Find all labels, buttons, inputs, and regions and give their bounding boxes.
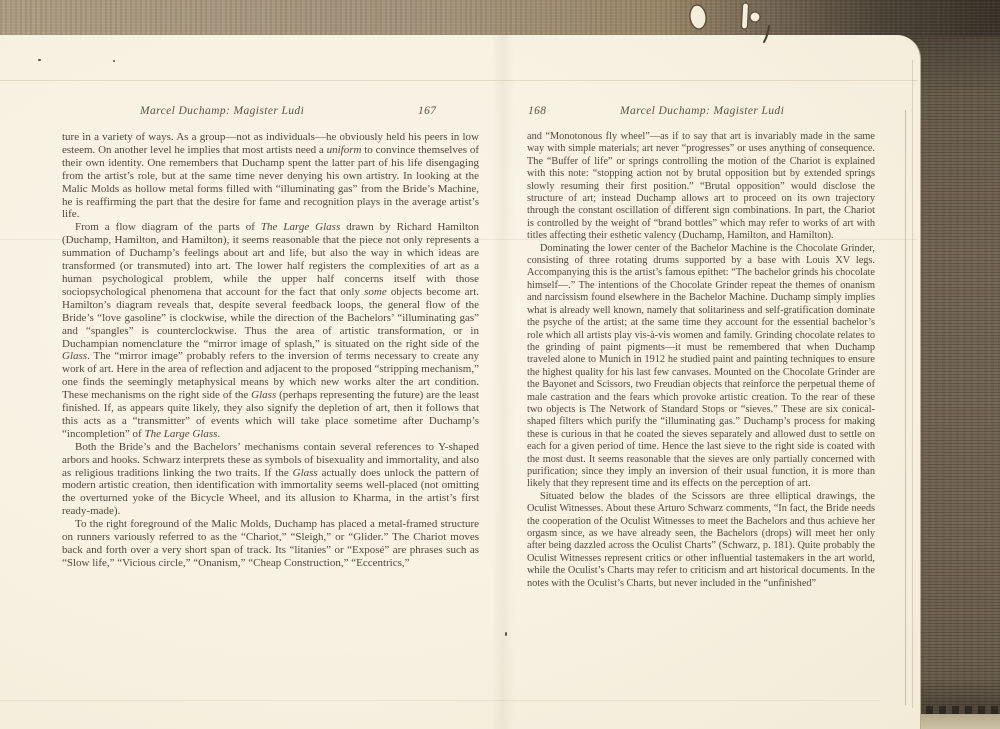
- ink-speck: [38, 59, 41, 61]
- handwriting-marks: [676, 0, 806, 46]
- scan-streak: [0, 80, 918, 81]
- italic-text: Glass: [251, 389, 276, 401]
- paragraph: To the right foreground of the Malic Mol…: [62, 518, 479, 570]
- ink-speck: [505, 632, 507, 636]
- italic-text: The Large Glass: [261, 221, 340, 233]
- paragraph: Dominating the lower center of the Bache…: [527, 243, 875, 491]
- page-edge-line: [905, 110, 906, 705]
- right-page-body: and “Monotonous fly wheel”—as if to say …: [527, 131, 875, 590]
- scan-streak: [0, 700, 880, 701]
- scan-top-band: [0, 0, 1000, 37]
- right-page-number: 168: [528, 105, 546, 117]
- text-run: and “Monotonous fly wheel”—as if to say …: [527, 131, 875, 241]
- italic-text: Glass: [293, 467, 318, 479]
- paragraph: Situated below the blades of the Scissor…: [527, 491, 875, 590]
- text-run: Dominating the lower center of the Bache…: [527, 243, 875, 490]
- left-page-number: 167: [418, 105, 436, 117]
- paragraph: ture in a variety of ways. As a group—no…: [62, 131, 479, 221]
- text-run: Situated below the blades of the Scissor…: [527, 491, 875, 589]
- left-page-running-title: Marcel Duchamp: Magister Ludi: [140, 105, 304, 117]
- page-edge-line-outer: [912, 60, 913, 708]
- paragraph: Both the Bride’s and the Bachelors’ mech…: [62, 441, 479, 518]
- paragraph: From a flow diagram of the parts of The …: [62, 221, 479, 440]
- italic-text: The Large Glass: [144, 428, 217, 440]
- text-run: To the right foreground of the Malic Mol…: [62, 518, 479, 569]
- italic-text: Glass: [62, 350, 87, 362]
- left-page-body: ture in a variety of ways. As a group—no…: [62, 131, 479, 570]
- page-gutter-shadow: [492, 35, 514, 729]
- ink-speck: [113, 60, 115, 62]
- paragraph: and “Monotonous fly wheel”—as if to say …: [527, 131, 875, 243]
- pen-marks-icon: [676, 0, 806, 46]
- text-run: .: [217, 428, 220, 440]
- italic-text: uniform: [327, 144, 362, 156]
- italic-text: some: [364, 286, 387, 298]
- right-page-running-title: Marcel Duchamp: Magister Ludi: [620, 105, 784, 117]
- text-run: From a flow diagram of the parts of: [75, 221, 261, 233]
